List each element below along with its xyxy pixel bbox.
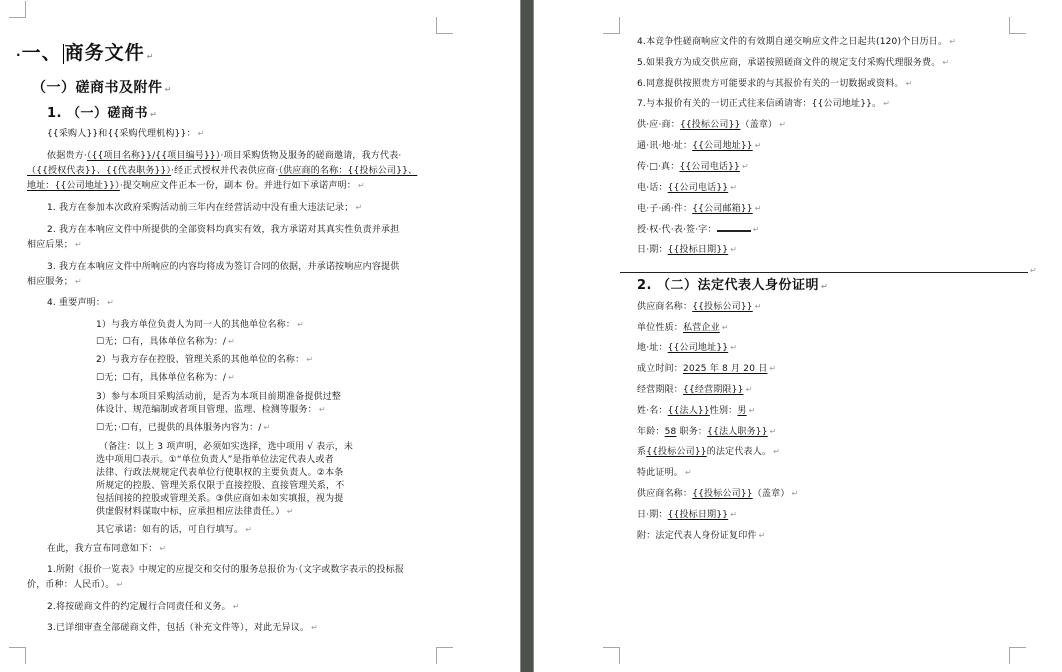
intro-line-2[interactable]: （{{授权代表}}、{{代表职务}}）·经正式授权并代表供应商·（供应商的名称：… — [27, 165, 417, 177]
paragraph-mark-icon: ↵ — [755, 141, 762, 150]
field-label: 成立时间： — [637, 364, 683, 374]
declaration-answer-2[interactable]: ☐无；☐有，具体单位名称为：/↵ — [96, 372, 235, 384]
salutation[interactable]: {{采购人}}和{{采购代理机构}}：↵ — [47, 128, 205, 140]
paragraph-mark-icon: ↵ — [233, 602, 240, 611]
paragraph-mark-icon: ↵ — [779, 120, 786, 129]
agreement-intro[interactable]: 在此，我方宣布同意如下：↵ — [47, 543, 166, 555]
intro-text: 项目采购货物及服务的磋商邀请，我方代表 — [224, 151, 399, 161]
intro-text: 经正式授权并代表供应商 — [174, 166, 275, 176]
other-commitment[interactable]: 其它承诺：如有的话，可自行填写。↵ — [96, 524, 252, 536]
identity-age-position[interactable]: 年龄：58 职务：{{法人职务}}↵ — [637, 426, 777, 438]
agreement-text: 7.与本报价有关的一切正式往来信函请寄：{{公司地址}}。 — [637, 99, 881, 109]
paragraph-mark-icon: ↵ — [355, 203, 362, 212]
heading-level3-legal-rep[interactable]: 2. （二）法定代表人身份证明↵ — [637, 277, 828, 296]
checkbox-options: ☐无；☐有，具体单位名称为：/ — [96, 337, 226, 347]
paragraph-mark-icon: ↵ — [297, 320, 304, 329]
field-value: 男 — [737, 406, 746, 416]
paragraph-mark-icon: ↵ — [1030, 266, 1037, 275]
declaration-text: 体设计、规范编制或者项目管理、监理、检测等服务： — [96, 405, 317, 415]
checkbox-options: ☐无；☐有，具体单位名称为：/ — [96, 373, 226, 383]
paragraph-mark-icon: ↵ — [749, 406, 756, 415]
agreement-intro-text: 在此，我方宣布同意如下： — [47, 544, 157, 554]
paragraph-mark-icon: ↵ — [792, 489, 799, 498]
note-text: （备注：以上 3 项声明，必须如实选择，选中项用 √ 表示，未 — [99, 442, 353, 452]
agreement-text: 6.同意提供按照贵方可能要求的与其报价有关的一切数据或资料。 — [637, 79, 904, 89]
paragraph-mark-icon: ↵ — [883, 99, 890, 108]
field-label: 姓·名： — [637, 406, 668, 416]
paragraph-mark-icon: ↵ — [306, 355, 313, 364]
paragraph-mark-icon: ↵ — [685, 468, 692, 477]
field-label: 单位性质： — [637, 323, 683, 333]
corner-mark-top-left — [603, 17, 620, 34]
paragraph-mark-icon: ↵ — [107, 298, 114, 307]
attachment-note[interactable]: 附：法定代表人身份证复印件↵ — [637, 530, 766, 542]
field-label: 通·讯·地·址： — [637, 141, 692, 151]
corner-mark-top-left — [9, 1, 26, 18]
note-text: 法律、行政法规规定代表单位行使职权的主要负责人。②本条 — [96, 468, 343, 478]
note-line-3[interactable]: 法律、行政法规规定代表单位行使职权的主要负责人。②本条 — [96, 467, 343, 479]
paragraph-mark-icon: ↵ — [770, 427, 777, 436]
paragraph-mark-icon: ↵ — [75, 240, 82, 249]
paragraph-mark-icon: ↵ — [150, 110, 157, 119]
paragraph-mark-icon: ↵ — [746, 385, 753, 394]
paragraph-mark-icon: ↵ — [311, 623, 318, 632]
field-value: {{投标公司}} — [646, 447, 707, 457]
signature-line[interactable] — [717, 224, 751, 232]
declaration-question-3-line-2[interactable]: 体设计、规范编制或者项目管理、监理、检测等服务：↵ — [96, 404, 326, 416]
signature-authorized-rep[interactable]: 授·权·代·表·签·字：↵ — [637, 224, 760, 236]
field-label: 日·期： — [637, 510, 668, 520]
declaration-answer-1[interactable]: ☐无；☐有，具体单位名称为：/↵ — [96, 336, 235, 348]
signature-date[interactable]: 日·期：{{投标日期}}↵ — [637, 244, 737, 256]
paragraph-mark-icon: ↵ — [769, 364, 776, 373]
note-text: 供虚假材料谋取中标，应承担相应法律责任。） — [96, 507, 285, 517]
heading-text: 2. （二）法定代表人身份证明 — [637, 278, 819, 293]
field-value: {{投标公司}} — [692, 302, 753, 312]
agreement-6[interactable]: 6.同意提供按照贵方可能要求的与其报价有关的一切数据或资料。↵ — [637, 78, 913, 90]
heading-level3[interactable]: 1. （一）磋商书↵ — [47, 105, 157, 124]
agreement-text: 5.如果我方为成交供应商，承诺按照磋商文件的规定支付采购代理服务费。 — [637, 58, 940, 68]
certify-text: 特此证明。 — [637, 468, 683, 478]
other-commitment-text: 其它承诺：如有的话，可自行填写。 — [96, 525, 243, 535]
agreement-4[interactable]: 4.本竞争性磋商响应文件的有效期自递交响应文件之日起共(120)个日历日。↵ — [637, 36, 956, 48]
agreement-3[interactable]: 3.已详细审查全部磋商文件，包括（补充文件等），对此无异议。↵ — [47, 622, 318, 634]
agreement-text: 3.已详细审查全部磋商文件，包括（补充文件等），对此无异议。 — [47, 623, 309, 633]
corner-mark-top-right — [436, 17, 453, 34]
signature-supplier[interactable]: 供·应·商：{{投标公司}}（盖章）↵ — [637, 119, 786, 131]
field-value: 58 — [665, 427, 677, 437]
heading-text: （一）磋商书及附件 — [32, 80, 163, 96]
section-divider — [620, 272, 1028, 273]
paragraph-mark-icon: ↵ — [165, 85, 172, 94]
heading-text: 1. （一）磋商书 — [47, 106, 148, 121]
paragraph-mark-icon: ↵ — [755, 302, 762, 311]
declaration-question-2[interactable]: 2）与我方存在控股、管理关系的其他单位的名称：↵ — [96, 354, 313, 366]
paragraph-mark-icon: ↵ — [117, 580, 124, 589]
identity-term[interactable]: 经营期限：{{经营期限}}↵ — [637, 384, 752, 396]
corner-mark-bottom-right — [1009, 647, 1026, 664]
note-text: 所规定的控股、管理关系仅限于直接控股、直接管理关系，不 — [96, 481, 344, 491]
certify-statement[interactable]: 特此证明。↵ — [637, 467, 692, 479]
field-value: {{公司电话}} — [668, 183, 729, 193]
agreement-text: 1.所附《报价一览表》中规定的应提交和交付的服务总报价为·（文字或数字表示的投标… — [47, 565, 404, 575]
declaration-question-3-line-1[interactable]: 3）参与本项目采购活动前，是否为本项目前期准备提供过整 — [96, 391, 341, 403]
field-label: 职务： — [680, 427, 708, 437]
paragraph-mark-icon: ↵ — [147, 52, 155, 61]
field-value: 私营企业 — [683, 323, 720, 333]
note-line-2[interactable]: 选中项用☐表示。①“单位负责人”是指单位法定代表人或者 — [96, 454, 334, 466]
commitment-text: 3. 我方在本响应文件中所响应的内容均将成为签订合同的依据，并承诺按响应内容提供 — [47, 262, 399, 272]
signature-email[interactable]: 电·子·函·件：{{公司邮箱}}↵ — [637, 203, 762, 215]
field-value: {{公司邮箱}} — [692, 204, 753, 214]
paragraph-mark-icon: ↵ — [159, 544, 166, 553]
identity-company-type[interactable]: 单位性质：私营企业↵ — [637, 322, 729, 334]
agreement-text: 2.将按磋商文件的约定履行合同责任和义务。 — [47, 602, 231, 612]
paragraph-mark-icon: ↵ — [755, 204, 762, 213]
note-text: 包括间接的控股或管理关系。③供应商如未如实填报，视为提 — [96, 494, 343, 504]
paragraph-mark-icon: ↵ — [773, 447, 780, 456]
signature-fax[interactable]: 传·□·真：{{公司电话}}↵ — [637, 161, 749, 173]
commitment-2-line-2[interactable]: 相应后果；↵ — [27, 239, 82, 251]
paragraph-mark-icon: ↵ — [358, 181, 365, 190]
field-label: 供·应·商： — [637, 120, 680, 130]
field-value: {{经营期限}} — [683, 385, 744, 395]
heading-level2[interactable]: （一）磋商书及附件↵ — [32, 79, 172, 99]
identity-representative[interactable]: 系{{投标公司}}的法定代表人。↵ — [637, 446, 780, 458]
agreement-5[interactable]: 5.如果我方为成交供应商，承诺按照磋商文件的规定支付采购代理服务费。↵ — [637, 57, 949, 69]
intro-text: 提交响应文件正本一份，副本 份。并进行如下承诺声明： — [123, 181, 356, 191]
agreement-text: 价，币种：人民币）。 — [27, 580, 115, 590]
corner-mark-bottom-left — [9, 647, 26, 664]
heading-number: 一、 — [22, 42, 62, 64]
agreement-text: 4.本竞争性磋商响应文件的有效期自递交响应文件之日起共(120)个日历日。 — [637, 37, 947, 47]
field-label: 电·子·函·件： — [637, 204, 692, 214]
field-label: 授·权·代·表·签·字： — [637, 225, 717, 235]
paragraph-mark-icon: ↵ — [287, 507, 294, 516]
field-label: 电·话： — [637, 183, 668, 193]
identity-established[interactable]: 成立时间：2025 年 8 月 20 日↵ — [637, 363, 776, 375]
corner-mark-top-right — [1009, 17, 1026, 34]
field-label: 系 — [637, 447, 646, 457]
paragraph-mark-icon: ↵ — [730, 510, 737, 519]
paragraph-mark-icon: ↵ — [742, 162, 749, 171]
commitment-3-line-2[interactable]: 相应服务；↵ — [27, 276, 82, 288]
declaration-text: 2）与我方存在控股、管理关系的其他单位的名称： — [96, 355, 304, 365]
agreement-1-line-1[interactable]: 1.所附《报价一览表》中规定的应提交和交付的服务总报价为·（文字或数字表示的投标… — [47, 564, 404, 576]
paragraph-mark-icon: ↵ — [730, 343, 737, 352]
paragraph-mark-icon: ↵ — [722, 323, 729, 332]
field-value: 2025 年 8 月 20 日 — [683, 364, 767, 374]
agreement-1-line-2[interactable]: 价，币种：人民币）。↵ — [27, 579, 123, 591]
field-label: 供应商名称： — [637, 489, 692, 499]
field-value: {{投标公司}} — [692, 489, 753, 499]
page-separator — [520, 0, 534, 672]
field-value: {{投标日期}} — [668, 245, 729, 255]
paragraph-mark-icon: ↵ — [228, 337, 235, 346]
closing-supplier[interactable]: 供应商名称：{{投标公司}}（盖章）↵ — [637, 488, 798, 500]
paragraph-mark-icon: ↵ — [942, 58, 949, 67]
document-page-left: ·一、商务文件↵ （一）磋商书及附件↵ 1. （一）磋商书↵ {{采购人}}和{… — [0, 0, 520, 672]
agreement-2[interactable]: 2.将按磋商文件的约定履行合同责任和义务。↵ — [47, 601, 240, 613]
note-text: 选中项用☐表示。①“单位负责人”是指单位法定代表人或者 — [96, 455, 334, 465]
identity-name-gender[interactable]: 姓·名：{{法人}}性别：男↵ — [637, 405, 756, 417]
field-suffix: （盖章） — [753, 489, 790, 499]
paragraph-mark-icon: ↵ — [906, 79, 913, 88]
commitment-text: 2. 我方在本响应文件中所提供的全部资料均真实有效，我方承诺对其真实性负责并承担 — [47, 225, 399, 235]
commitment-2-line-1[interactable]: 2. 我方在本响应文件中所提供的全部资料均真实有效，我方承诺对其真实性负责并承担 — [47, 224, 399, 236]
salutation-text: {{采购人}}和{{采购代理机构}}： — [47, 129, 196, 139]
commitment-text: 4. 重要声明： — [47, 298, 105, 308]
project-placeholder: （{{项目名称}}/{{项目编号}}） — [87, 151, 221, 161]
intro-text: 依据贵方 — [47, 151, 84, 161]
commitment-3-line-1[interactable]: 3. 我方在本响应文件中所响应的内容均将成为签订合同的依据，并承诺按响应内容提供 — [47, 261, 399, 273]
field-value: {{投标公司}} — [680, 120, 741, 130]
intro-line-1[interactable]: 依据贵方·（{{项目名称}}/{{项目编号}}）·项目采购货物及服务的磋商邀请，… — [47, 150, 401, 162]
identity-address[interactable]: 地·址：{{公司地址}}↵ — [637, 342, 737, 354]
declaration-question-1[interactable]: 1）与我方单位负责人为同一人的其他单位名称：↵ — [96, 319, 304, 331]
paragraph-mark-icon: ↵ — [949, 37, 956, 46]
field-label: 传·□·真： — [637, 162, 679, 172]
commitment-text: 相应服务； — [27, 277, 73, 287]
commitment-text: 1. 我方在参加本次政府采购活动前三年内在经营活动中没有重大违法记录； — [47, 203, 353, 213]
field-suffix: 的法定代表人。 — [707, 447, 771, 457]
field-label: 经营期限： — [637, 385, 683, 395]
paragraph-mark-icon: ↵ — [264, 423, 271, 432]
paragraph-mark-icon: ↵ — [753, 225, 760, 234]
corner-mark-bottom-right — [436, 647, 453, 664]
paragraph-mark-icon: ↵ — [245, 525, 252, 534]
field-label: 日·期： — [637, 245, 668, 255]
paragraph-mark-icon: ↵ — [228, 373, 235, 382]
checkbox-options: ☐无；·☐有，已提供的具体服务内容为：/ — [96, 423, 262, 433]
paragraph-mark-icon: ↵ — [730, 245, 737, 254]
closing-date[interactable]: 日·期：{{投标日期}}↵ — [637, 509, 737, 521]
address-placeholder: 地址：{{公司地址}}） — [27, 181, 120, 191]
field-label: 年龄： — [637, 427, 665, 437]
declaration-text: 3）参与本项目采购活动前，是否为本项目前期准备提供过整 — [96, 392, 341, 402]
field-value: {{法人职务}} — [707, 427, 768, 437]
signature-address[interactable]: 通·讯·地·址：{{公司地址}}↵ — [637, 140, 762, 152]
declaration-answer-3[interactable]: ☐无；·☐有，已提供的具体服务内容为：/↵ — [96, 422, 270, 434]
paragraph-mark-icon: ↵ — [759, 531, 766, 540]
field-label: 性别： — [710, 406, 738, 416]
signature-phone[interactable]: 电·话：{{公司电话}}↵ — [637, 182, 737, 194]
field-value: {{投标日期}} — [668, 510, 729, 520]
paragraph-mark-icon: ↵ — [821, 282, 828, 291]
field-label: 地·址： — [637, 343, 668, 353]
representative-placeholder: （{{授权代表}}、{{代表职务}}） — [27, 166, 171, 176]
field-value: {{公司电话}} — [679, 162, 740, 172]
field-suffix: （盖章） — [740, 120, 777, 130]
commitment-1[interactable]: 1. 我方在参加本次政府采购活动前三年内在经营活动中没有重大违法记录；↵ — [47, 202, 362, 214]
supplier-placeholder: （供应商的名称：{{投标公司}}、 — [278, 166, 417, 176]
note-line-4[interactable]: 所规定的控股、管理关系仅限于直接控股、直接管理关系，不 — [96, 480, 344, 492]
corner-mark-bottom-left — [603, 647, 620, 664]
field-value: {{法人}} — [668, 406, 710, 416]
intro-line-3[interactable]: 地址：{{公司地址}}）·提交响应文件正本一份，副本 份。并进行如下承诺声明：↵ — [27, 180, 365, 192]
attachment-text: 附：法定代表人身份证复印件 — [637, 531, 757, 541]
note-line-6[interactable]: 供虚假材料谋取中标，应承担相应法律责任。）↵ — [96, 506, 294, 518]
note-line-5[interactable]: 包括间接的控股或管理关系。③供应商如未如实填报，视为提 — [96, 493, 343, 505]
commitment-text: 相应后果； — [27, 240, 73, 250]
commitment-4[interactable]: 4. 重要声明：↵ — [47, 297, 114, 309]
heading-title: 商务文件 — [65, 42, 145, 64]
identity-supplier-name[interactable]: 供应商名称：{{投标公司}}↵ — [637, 301, 762, 313]
paragraph-mark-icon: ↵ — [198, 129, 205, 138]
field-label: 供应商名称： — [637, 302, 692, 312]
field-value: {{公司地址}} — [668, 343, 729, 353]
paragraph-mark-icon: ↵ — [730, 183, 737, 192]
paragraph-mark-icon: ↵ — [75, 277, 82, 286]
heading-level1[interactable]: ·一、商务文件↵ — [16, 41, 154, 69]
text-cursor — [63, 44, 64, 64]
agreement-7[interactable]: 7.与本报价有关的一切正式往来信函请寄：{{公司地址}}。↵ — [637, 98, 890, 110]
note-line-1[interactable]: （备注：以上 3 项声明，必须如实选择，选中项用 √ 表示，未 — [99, 441, 353, 453]
field-value: {{公司地址}} — [692, 141, 753, 151]
paragraph-mark-icon: ↵ — [319, 405, 326, 414]
declaration-text: 1）与我方单位负责人为同一人的其他单位名称： — [96, 320, 295, 330]
